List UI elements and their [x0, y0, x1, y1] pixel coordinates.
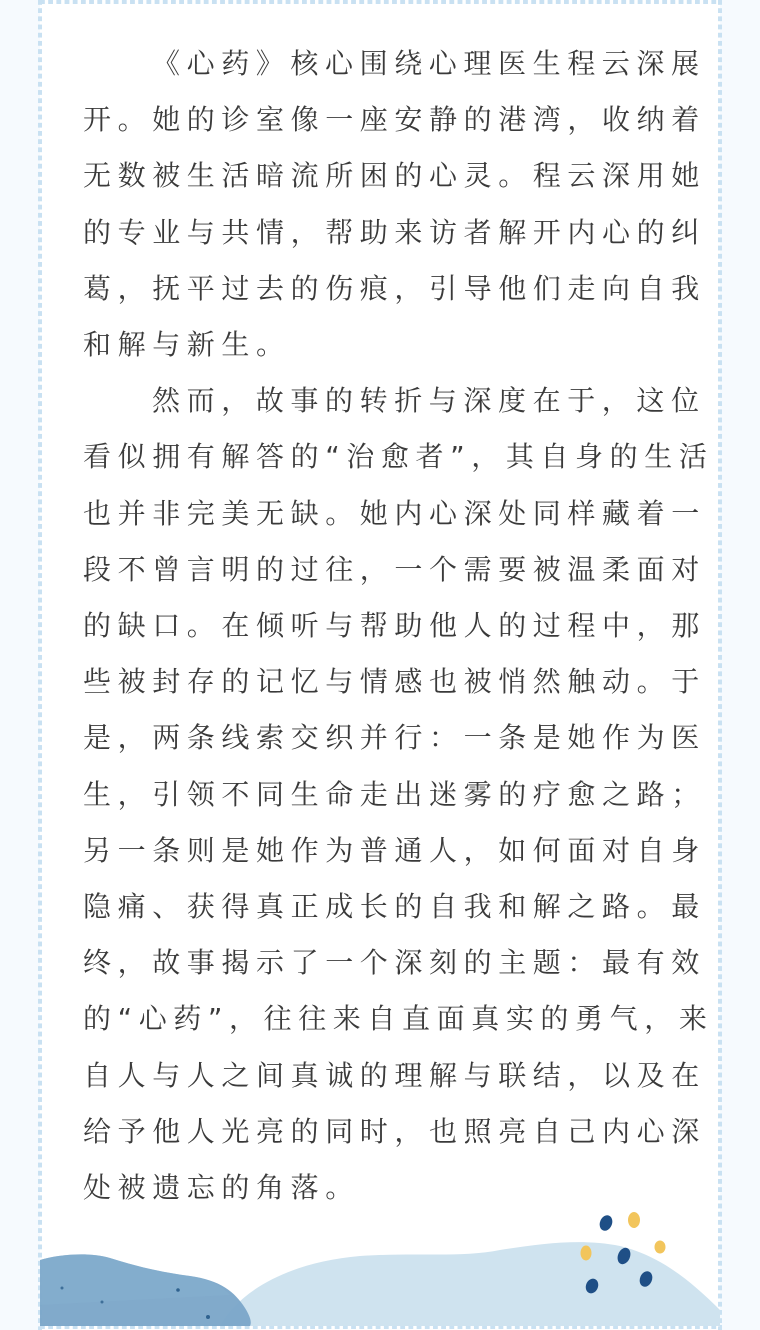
text-line: 是，两条线索交织并行：一条是她作为医 [83, 710, 683, 766]
text-line: 的“心药”，往往来自直面真实的勇气，来 [83, 991, 683, 1047]
text-line: 的缺口。在倾听与帮助他人的过程中，那 [83, 598, 683, 654]
text-line: 葛，抚平过去的伤痕，引导他们走向自我 [83, 261, 683, 317]
dotted-border-right [718, 0, 722, 1330]
text-line: 另一条则是她作为普通人，如何面对自身 [83, 823, 683, 879]
yellow-dot [655, 1241, 666, 1254]
paragraph-2: 然而，故事的转折与深度在于，这位 看似拥有解答的“治愈者”，其自身的生活 也并非… [83, 373, 683, 1216]
text-line: 《心药》核心围绕心理医生程云深展 [83, 36, 683, 92]
text-line: 也并非完美无缺。她内心深处同样藏着一 [83, 486, 683, 542]
navy-dot [597, 1213, 614, 1232]
text-line: 段不曾言明的过往，一个需要被温柔面对 [83, 542, 683, 598]
text-line: 生，引领不同生命走出迷雾的疗愈之路； [83, 767, 683, 823]
dotted-border-top [40, 0, 722, 4]
text-line: 然而，故事的转折与深度在于，这位 [83, 373, 683, 429]
yellow-dot [581, 1246, 592, 1261]
text-line: 自人与人之间真诚的理解与联结，以及在 [83, 1048, 683, 1104]
yellow-dot [628, 1212, 640, 1228]
text-line: 的专业与共情，帮助来访者解开内心的纠 [83, 205, 683, 261]
text-line: 和解与新生。 [83, 317, 683, 373]
text-line: 隐痛、获得真正成长的自我和解之路。最 [83, 879, 683, 935]
watercolor-decoration [40, 1180, 720, 1326]
text-line: 开。她的诊室像一座安静的港湾，收纳着 [83, 92, 683, 148]
text-line: 给予他人光亮的同时，也照亮自己内心深 [83, 1104, 683, 1160]
text-line: 无数被生活暗流所困的心灵。程云深用她 [83, 148, 683, 204]
article-body: 《心药》核心围绕心理医生程云深展 开。她的诊室像一座安静的港湾，收纳着 无数被生… [83, 36, 683, 1216]
text-line: 看似拥有解答的“治愈者”，其自身的生活 [83, 429, 683, 485]
dotted-border-left [38, 0, 42, 1330]
watercolor-hills-illustration [40, 1180, 720, 1326]
text-line: 终，故事揭示了一个深刻的主题：最有效 [83, 935, 683, 991]
paragraph-1: 《心药》核心围绕心理医生程云深展 开。她的诊室像一座安静的港湾，收纳着 无数被生… [83, 36, 683, 373]
text-line: 些被封存的记忆与情感也被悄然触动。于 [83, 654, 683, 710]
